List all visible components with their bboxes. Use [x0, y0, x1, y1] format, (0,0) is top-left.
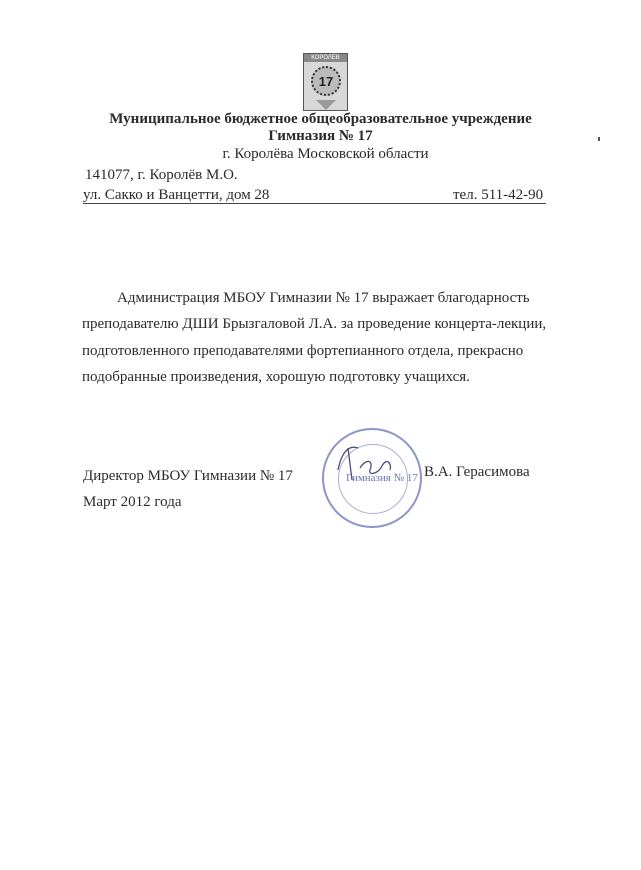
body-line-4: подобранные произведения, хорошую подгот… — [82, 364, 470, 390]
phone-number: тел. 511-42-90 — [453, 187, 543, 204]
signatory-name: В.А. Герасимова — [424, 459, 530, 485]
address-line2: ул. Сакко и Ванцетти, дом 28 — [83, 187, 269, 204]
handwritten-signature-icon — [330, 440, 400, 490]
school-emblem-logo: КОРОЛЁВ 17 — [303, 53, 348, 111]
org-name-line1: Муниципальное бюджетное общеобразователь… — [0, 111, 641, 128]
scan-artifact — [598, 137, 600, 141]
body-line-1: Администрация МБОУ Гимназии № 17 выражае… — [117, 285, 530, 311]
document-date: Март 2012 года — [83, 489, 182, 515]
city-line: г. Королёва Московской области — [5, 146, 641, 163]
emblem-number: 17 — [313, 74, 339, 89]
body-line-3: подготовленного преподавателями фортепиа… — [82, 338, 523, 364]
header-divider — [83, 203, 546, 204]
body-line-2: преподавателю ДШИ Брызгаловой Л.А. за пр… — [82, 311, 546, 337]
emblem-shield-point — [316, 100, 336, 110]
emblem-circle: 17 — [311, 66, 341, 96]
emblem-city-label: КОРОЛЁВ — [304, 54, 347, 62]
org-name-line2: Гимназия № 17 — [0, 128, 641, 145]
signatory-position: Директор МБОУ Гимназии № 17 — [83, 463, 293, 489]
address-line1: 141077, г. Королёв М.О. — [85, 167, 238, 184]
